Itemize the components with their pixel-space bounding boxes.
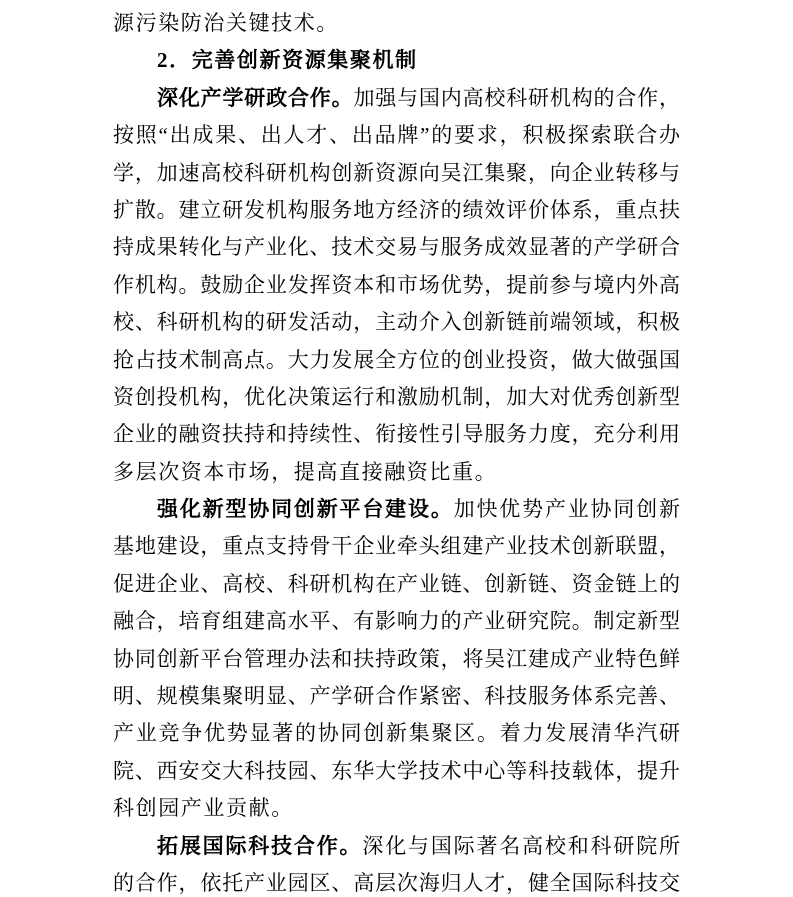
text-line: 融合，培育组建高水平、有影响力的产业研究院。制定新型	[113, 603, 680, 640]
text-line: 持成果转化与产业化、技术交易与服务成效显著的产学研合	[113, 229, 680, 266]
text-line: 促进企业、高校、科研机构在产业链、创新链、资金链上的	[113, 566, 680, 603]
line-text: 加强与国内高校科研机构的合作，	[353, 86, 680, 110]
line-text: 院、西安交大科技园、东华大学技术中心等科技载体，提升	[113, 759, 680, 783]
line-text: 源污染防治关键技术。	[113, 11, 339, 35]
line-text: 校、科研机构的研发活动，主动介入创新链前端领域，积极	[113, 310, 680, 334]
bold-lead: 深化产学研政合作。	[157, 86, 353, 110]
text-line: 拓展国际科技合作。深化与国际著名高校和科研院所	[113, 828, 680, 865]
line-text: 资创投机构，优化决策运行和激励机制，加大对优秀创新型	[113, 385, 680, 409]
line-text: 融合，培育组建高水平、有影响力的产业研究院。制定新型	[113, 609, 680, 633]
text-line: 资创投机构，优化决策运行和激励机制，加大对优秀创新型	[113, 379, 680, 416]
text-line: 扩散。建立研发机构服务地方经济的绩效评价体系，重点扶	[113, 192, 680, 229]
heading-text: 2．完善创新资源集聚机制	[157, 48, 418, 72]
line-text: 作机构。鼓励企业发挥资本和市场优势，提前参与境内外高	[113, 273, 680, 297]
line-text: 协同创新平台管理办法和扶持政策，将吴江建成产业特色鲜	[113, 647, 680, 671]
line-text: 基地建设，重点支持骨干企业牵头组建产业技术创新联盟，	[113, 534, 680, 558]
text-line: 抢占技术制高点。大力发展全方位的创业投资，做大做强国	[113, 342, 680, 379]
line-text: 明、规模集聚明显、产学研合作紧密、科技服务体系完善、	[113, 684, 680, 708]
text-line: 的合作，依托产业园区、高层次海归人才，健全国际科技交	[113, 865, 680, 897]
bold-lead: 强化新型协同创新平台建设。	[157, 497, 454, 521]
text-line: 基地建设，重点支持骨干企业牵头组建产业技术创新联盟，	[113, 528, 680, 565]
text-line: 学，加速高校科研机构创新资源向吴江集聚，向企业转移与	[113, 155, 680, 192]
text-line: 院、西安交大科技园、东华大学技术中心等科技载体，提升	[113, 753, 680, 790]
section-heading: 2．完善创新资源集聚机制	[113, 42, 680, 79]
line-text: 企业的融资扶持和持续性、衔接性引导服务力度，充分利用	[113, 422, 680, 446]
text-line: 深化产学研政合作。加强与国内高校科研机构的合作，	[113, 80, 680, 117]
text-line: 产业竞争优势显著的协同创新集聚区。着力发展清华汽研	[113, 715, 680, 752]
line-text: 多层次资本市场，提高直接融资比重。	[113, 460, 497, 484]
text-line: 企业的融资扶持和持续性、衔接性引导服务力度，充分利用	[113, 416, 680, 453]
line-text: 产业竞争优势显著的协同创新集聚区。着力发展清华汽研	[113, 721, 680, 745]
text-line: 强化新型协同创新平台建设。加快优势产业协同创新	[113, 491, 680, 528]
line-text: 促进企业、高校、科研机构在产业链、创新链、资金链上的	[113, 572, 680, 596]
text-line: 作机构。鼓励企业发挥资本和市场优势，提前参与境内外高	[113, 267, 680, 304]
line-text: 加快优势产业协同创新	[454, 497, 680, 521]
text-line: 多层次资本市场，提高直接融资比重。	[113, 454, 680, 491]
line-text: 科创园产业贡献。	[113, 796, 294, 820]
text-line: 按照“出成果、出人才、出品牌”的要求，积极探索联合办	[113, 117, 680, 154]
text-line: 科创园产业贡献。	[113, 790, 680, 827]
document-page: 源污染防治关键技术。 2．完善创新资源集聚机制 深化产学研政合作。加强与国内高校…	[0, 0, 793, 897]
line-text: 按照“出成果、出人才、出品牌”的要求，积极探索联合办	[113, 123, 680, 147]
line-text: 持成果转化与产业化、技术交易与服务成效显著的产学研合	[113, 235, 680, 259]
line-text: 深化与国际著名高校和科研院所	[362, 834, 680, 858]
line-text: 学，加速高校科研机构创新资源向吴江集聚，向企业转移与	[113, 161, 680, 185]
line-text: 抢占技术制高点。大力发展全方位的创业投资，做大做强国	[113, 348, 680, 372]
text-line: 源污染防治关键技术。	[113, 5, 680, 42]
text-line: 明、规模集聚明显、产学研合作紧密、科技服务体系完善、	[113, 678, 680, 715]
line-text: 的合作，依托产业园区、高层次海归人才，健全国际科技交	[113, 871, 680, 895]
text-line: 校、科研机构的研发活动，主动介入创新链前端领域，积极	[113, 304, 680, 341]
bold-lead: 拓展国际科技合作。	[157, 834, 362, 858]
text-line: 协同创新平台管理办法和扶持政策，将吴江建成产业特色鲜	[113, 641, 680, 678]
line-text: 扩散。建立研发机构服务地方经济的绩效评价体系，重点扶	[113, 198, 680, 222]
